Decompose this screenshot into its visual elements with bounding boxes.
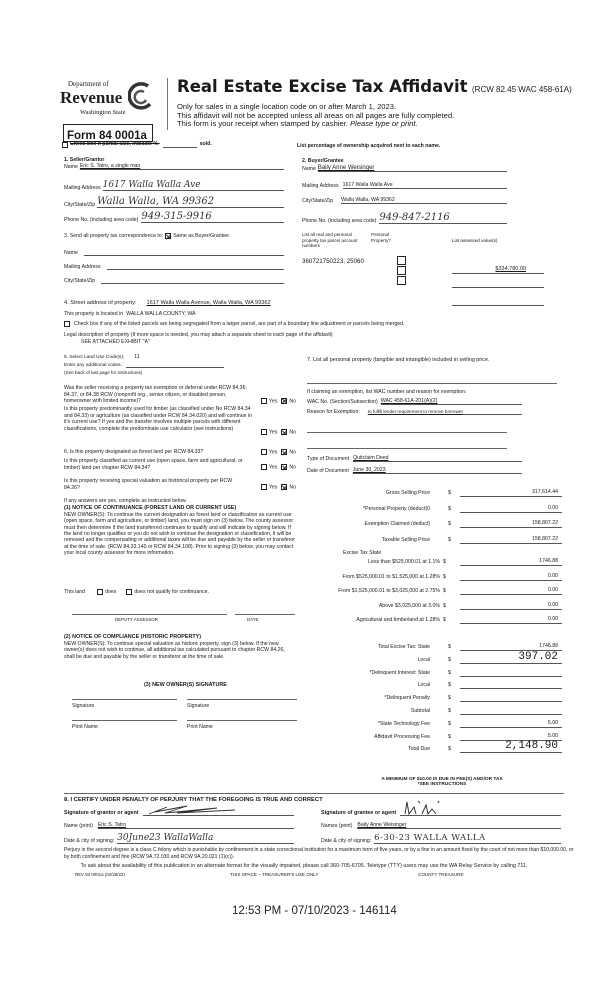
seller-mailing-label: Mailing Address <box>64 185 101 191</box>
currency-symbol: $ <box>448 670 451 676</box>
wac-field[interactable]: WAC 458-61A-201(A)(2) <box>381 398 522 405</box>
cert-heading: 8. I CERTIFY UNDER PENALTY OF PERJURY TH… <box>64 797 323 803</box>
legal-value: SEE ATTACHED EXHIBIT "A" <box>81 339 150 346</box>
dor-logo: Department of Revenue Washington State <box>58 80 158 124</box>
doc-type-label: Type of Document <box>307 456 349 462</box>
q5-yes-checkbox[interactable] <box>261 484 267 490</box>
personal-property-checkbox-1[interactable] <box>397 256 406 265</box>
minimum-note: A MINIMUM OF $10.00 IS DUE IN FEE(S) AND… <box>357 777 527 787</box>
total-value[interactable] <box>460 681 562 689</box>
question-2: Is this property predominantly used for … <box>64 406 296 432</box>
currency-symbol: $ <box>448 506 451 512</box>
dept-line1: Department of <box>68 80 109 88</box>
buyer-mailing-label: Mailing Address <box>302 183 339 189</box>
bracket-value[interactable]: 0.00 <box>460 602 562 610</box>
partial-sale-sold: sold. <box>200 141 212 148</box>
currency-symbol: $ <box>448 721 451 727</box>
total-row: *Delinquent Penalty$ <box>300 692 565 703</box>
seller-mailing-field[interactable]: 1617 Walla Walla Ave <box>103 180 284 191</box>
assessor-date-label: DATE <box>247 617 258 622</box>
bracket-label: From $525,000.01 to $1,525,000 at 1.28% <box>343 574 440 580</box>
owner-signature-line-2[interactable] <box>187 699 297 700</box>
signature-label-1: Signature <box>72 703 94 710</box>
buyer-phone-label: Phone No. (including area code) <box>302 218 376 224</box>
buyer-heading: 2. Buyer/Grantee <box>302 158 344 165</box>
seller-phone-label: Phone No. (including area code) <box>64 217 138 223</box>
grantor-date-label: Date & city of signing: <box>64 838 114 844</box>
bracket-value[interactable]: 0.00 <box>460 573 562 581</box>
buyer-city-label: City/State/Zip <box>302 198 333 204</box>
reason-field[interactable]: to fulfill lender requirement to remove … <box>368 409 522 415</box>
land-use-label: 5. Select Land Use Code(s): <box>64 355 124 360</box>
reason-line-2[interactable] <box>307 432 507 433</box>
total-label: Total Excise Tax: State <box>378 644 430 650</box>
reason-label: Reason for Exemption: <box>307 409 360 415</box>
form-revision: REV 84 0001a (02/28/23) <box>75 872 125 877</box>
total-label: Subtotal <box>411 708 430 714</box>
dept-line2: Revenue <box>60 88 122 108</box>
total-label: Local <box>418 657 430 663</box>
q4-yes-checkbox[interactable] <box>261 464 267 470</box>
total-value[interactable]: 397.02 <box>460 651 562 664</box>
currency-symbol: $ <box>448 521 451 527</box>
corr-mailing-label: Mailing Address <box>64 264 101 270</box>
signature-label-2: Signature <box>187 703 209 710</box>
new-owner-sig-title: (3) NEW OWNER(S) SIGNATURE <box>144 682 227 688</box>
dept-line3: Washington State <box>80 109 126 116</box>
does-not-label: does not qualify for continuance. <box>134 589 209 595</box>
additional-codes-field[interactable] <box>126 363 224 368</box>
grantee-signature-scribble-icon <box>402 799 442 815</box>
total-label: *Delinquent Penalty <box>384 695 430 701</box>
assessor-date-line[interactable] <box>235 614 295 615</box>
currency-symbol: $ <box>448 708 451 714</box>
corr-city-label: City/State/Zip <box>64 278 95 284</box>
partial-sale-percent-field[interactable] <box>163 147 197 148</box>
total-row: Local$ <box>300 679 565 690</box>
tax-label: Gross Selling Price <box>386 490 430 496</box>
partial-sale-checkbox[interactable] <box>62 142 68 148</box>
tax-value[interactable]: 158,807.22 <box>460 536 562 544</box>
continuance-body: NEW OWNER(S): To continue the current de… <box>64 512 296 557</box>
form-rcw: (RCW 82.45 WAC 458-61A) <box>472 85 572 94</box>
additional-codes-label: Enter any additional codes: <box>64 363 122 368</box>
seller-name-field[interactable]: Eric S. Tatro, a single man <box>80 163 284 170</box>
q1-no-checkbox[interactable] <box>281 398 287 404</box>
partial-sale-label: Check box if partial sale, indicate %- <box>70 141 160 148</box>
personal-property-label: 7. List all personal property (tangible … <box>307 357 490 363</box>
print-name-label-1: Print Name <box>72 724 98 731</box>
grantor-date-field[interactable]: 30June23 WallaWalla <box>117 833 294 844</box>
segregated-label: Check box if any of the listed parcels a… <box>74 321 404 327</box>
tax-label: Exemption Claimed (deduct) <box>365 521 430 527</box>
doc-type-field[interactable]: Quitclaim Deed <box>353 455 522 462</box>
corr-city-field[interactable] <box>101 278 284 284</box>
total-label: *Delinquent Interest: State <box>369 670 430 676</box>
total-value[interactable]: 5.00 <box>460 733 562 741</box>
assessed-col-header: List assessed value(s) <box>452 238 497 243</box>
currency-symbol: $ <box>448 490 451 496</box>
print-name-line-2[interactable] <box>187 720 297 721</box>
exemption-label: If claiming an exemption, list WAC numbe… <box>307 389 466 396</box>
bracket-row: Less than $525,000.01 at 1.1%$1746.88 <box>300 556 565 567</box>
grantor-name-label: Name (print) <box>64 823 93 829</box>
seller-phone-field[interactable]: 949-315-9916 <box>141 211 284 223</box>
total-value[interactable]: 1746.88 <box>460 643 562 651</box>
question-4: Is this property classified as current u… <box>64 458 296 471</box>
personal-property-checkbox-2[interactable] <box>397 266 406 275</box>
located-label: This property is located in <box>64 311 123 317</box>
q2-yes-checkbox[interactable] <box>261 429 267 435</box>
land-use-code: 11 <box>134 354 139 360</box>
total-value[interactable]: 2,148.90 <box>460 740 562 753</box>
currency-symbol: $ <box>448 734 451 740</box>
bracket-label: Above $3,025,000 at 3.0% <box>379 603 440 609</box>
bracket-value[interactable]: 1746.88 <box>460 558 562 566</box>
seller-city-field[interactable]: Walla Walla, WA 99362 <box>97 196 284 208</box>
correspondence-label: 3. Send all property tax correspondence … <box>64 233 163 239</box>
print-name-line-1[interactable] <box>72 720 177 721</box>
tax-row: *Personal Property (deduct)0$0.00 <box>300 503 565 514</box>
compliance-title: (2) NOTICE OF COMPLIANCE (HISTORIC PROPE… <box>64 634 296 641</box>
buyer-name-label: Name <box>302 166 316 172</box>
parcel-numbers: 360721750223, 25060 <box>302 258 364 265</box>
total-value[interactable] <box>460 669 562 677</box>
total-value[interactable] <box>460 694 562 702</box>
grantee-date-label: Date & city of signing: <box>321 838 371 844</box>
currency-symbol: $ <box>443 617 446 623</box>
header-divider <box>167 78 168 130</box>
currency-symbol: $ <box>448 537 451 543</box>
currency-symbol: $ <box>448 644 451 650</box>
tax-row: Taxable Selling Price$158,807.22 <box>300 534 565 545</box>
county-treasurer-label: COUNTY TREASURE <box>418 872 464 877</box>
question-1: Was the seller receiving a property tax … <box>64 385 296 405</box>
grantee-name-field[interactable]: Baily Anne Weisinger <box>357 822 561 829</box>
does-not-checkbox[interactable] <box>126 589 132 595</box>
grantor-signature[interactable] <box>143 808 294 816</box>
total-label: Total Due <box>408 746 430 752</box>
assessed-value-2[interactable] <box>452 280 544 288</box>
see-back-note: (See back of last page for instructions) <box>64 370 142 375</box>
currency-symbol: $ <box>443 603 446 609</box>
owner-signature-line-1[interactable] <box>72 699 177 700</box>
total-value[interactable]: 5.00 <box>460 720 562 728</box>
bracket-row: Above $3,025,000 at 3.0%$0.00 <box>300 600 565 611</box>
continuance-title: (1) NOTICE OF CONTINUANCE (FOREST LAND O… <box>64 505 296 512</box>
header-note-3-italic: Please type or print. <box>350 119 418 128</box>
legal-label: Legal description of property (if more s… <box>64 332 333 339</box>
total-row: Local$397.02 <box>300 654 565 665</box>
personal-property-col-header: Personal Property? <box>371 232 401 243</box>
buyer-mailing-field[interactable]: 1617 Walla Walla Ave <box>343 182 507 189</box>
currency-symbol: $ <box>448 657 451 663</box>
assessed-value-3[interactable] <box>452 298 544 306</box>
currency-symbol: $ <box>448 746 451 752</box>
accessibility-note: To ask about the availability of this pu… <box>64 863 574 870</box>
form-number-box: Form 84 0001a <box>63 124 153 142</box>
total-row: *Delinquent Interest: State$ <box>300 667 565 678</box>
tax-value[interactable]: 0.00 <box>460 505 562 513</box>
seller-name-label: Name <box>64 164 78 170</box>
currency-symbol: $ <box>448 695 451 701</box>
q1-yes-checkbox[interactable] <box>261 398 267 404</box>
same-as-buyer-checkbox[interactable] <box>165 233 171 239</box>
tax-value[interactable]: 317,614.44 <box>460 489 562 497</box>
currency-symbol: $ <box>443 574 446 580</box>
grantee-signature[interactable] <box>400 808 561 816</box>
compliance-body: NEW OWNER(S): To continue special valuat… <box>64 641 296 660</box>
q3-no-checkbox[interactable] <box>281 449 287 455</box>
personal-property-line[interactable] <box>307 383 557 384</box>
bracket-label: Agricultural and timberland at 1.28% <box>356 617 440 623</box>
bracket-value[interactable]: 0.00 <box>460 587 562 595</box>
buyer-phone-field[interactable]: 949-847-2116 <box>379 212 507 224</box>
total-row: Subtotal$ <box>300 705 565 716</box>
buyer-name-field[interactable]: Baily Anne Weisinger <box>318 165 507 172</box>
form-title: Real Estate Excise Tax Affidavit <box>177 77 468 96</box>
parcel-col-header: List all real and personal property tax … <box>302 232 364 249</box>
doc-date-label: Date of Document <box>307 468 349 474</box>
buyer-city-field[interactable]: Walla Walla, WA 99362 <box>341 197 507 204</box>
grantor-sig-label: Signature of grantor or agent <box>64 810 139 816</box>
grantor-name-field[interactable]: Eric S. Tatro <box>98 822 294 829</box>
does-label: does <box>105 589 116 595</box>
same-as-buyer-label: Same as Buyer/Grantee <box>173 233 229 239</box>
total-label: Affidavit Processing Fee <box>374 734 430 740</box>
q3-yes-checkbox[interactable] <box>261 449 267 455</box>
street-label: 4. Street address of property: <box>64 300 136 306</box>
grantee-sig-label: Signature of grantee or agent <box>321 810 396 816</box>
corr-mailing-field[interactable] <box>107 264 284 270</box>
cert-divider <box>64 793 564 794</box>
deputy-assessor-label: DEPUTY ASSESSOR <box>115 617 158 622</box>
if-yes-note: If any answers are yes, complete as inst… <box>64 498 187 505</box>
grantor-signature-scribble-icon <box>147 804 237 816</box>
located-value: WALLA WALLA COUNTY, WA <box>126 311 195 317</box>
wac-label: WAC No. (Section/Subsection) <box>307 399 378 405</box>
currency-symbol: $ <box>443 588 446 594</box>
tax-value[interactable]: 158,807.22 <box>460 520 562 528</box>
corr-name-label: Name <box>64 250 78 256</box>
bracket-label: From $1,525,000.01 to $3,025,000 at 2.75… <box>338 588 440 594</box>
header-note-3: This form is your receipt when stamped b… <box>177 119 348 128</box>
tax-label: Taxable Selling Price <box>382 537 430 543</box>
does-checkbox[interactable] <box>97 589 103 595</box>
ownership-note: List percentage of ownership acquired ne… <box>297 143 440 150</box>
total-row: Total Due$2,148.90 <box>300 743 565 754</box>
street-value: 1617 Walla Walla Avenue, Walla Walla, WA… <box>146 300 270 306</box>
question-5: Is this property receiving special valua… <box>64 478 296 491</box>
dor-swirl-icon <box>128 82 154 110</box>
bracket-row: From $1,525,000.01 to $3,025,000 at 2.75… <box>300 585 565 596</box>
grantee-date-field[interactable]: 6-30-23 WALLA WALLA <box>374 833 561 844</box>
bracket-value[interactable]: 0.00 <box>460 616 562 624</box>
bracket-row: From $525,000.01 to $1,525,000 at 1.28%$… <box>300 571 565 582</box>
question-3: 6. Is this property designated as forest… <box>64 449 296 456</box>
segregated-checkbox[interactable] <box>64 321 70 327</box>
q4-no-checkbox[interactable] <box>281 464 287 470</box>
tax-row: Exemption Claimed (deduct)$158,807.22 <box>300 518 565 529</box>
corr-name-field[interactable] <box>84 250 284 256</box>
reason-line-3[interactable] <box>307 448 507 449</box>
tax-label: *Personal Property (deduct)0 <box>363 506 430 512</box>
seller-city-label: City/State/Zip <box>64 202 95 208</box>
tax-row: Gross Selling Price$317,614.44 <box>300 487 565 498</box>
q5-no-checkbox[interactable] <box>281 484 287 490</box>
this-land-label: This land <box>64 589 85 595</box>
q2-no-checkbox[interactable] <box>281 429 287 435</box>
currency-symbol: $ <box>443 559 446 565</box>
bracket-row: Agricultural and timberland at 1.28%$0.0… <box>300 614 565 625</box>
total-row: *State Technology Fee$5.00 <box>300 718 565 729</box>
receipt-stamp: 12:53 PM - 07/10/2023 - 146114 <box>232 905 397 917</box>
total-label: Local <box>418 682 430 688</box>
bracket-label: Less than $525,000.01 at 1.1% <box>368 559 440 565</box>
total-label: *State Technology Fee <box>378 721 430 727</box>
grantee-name-label: Names (print) <box>321 823 352 829</box>
perjury-note: Perjury in the second degree is a class … <box>64 847 574 860</box>
print-name-label-2: Print Name <box>187 724 213 731</box>
personal-property-checkbox-3[interactable] <box>397 276 406 285</box>
total-value[interactable] <box>460 707 562 715</box>
currency-symbol: $ <box>448 682 451 688</box>
assessed-value-1[interactable]: $334,780.00 <box>452 266 544 274</box>
deputy-assessor-line[interactable] <box>72 614 227 615</box>
treasurer-label: THIS SPACE – TREASURER'S USE ONLY <box>230 872 318 877</box>
doc-date-field[interactable]: June 30, 2023 <box>353 467 522 474</box>
